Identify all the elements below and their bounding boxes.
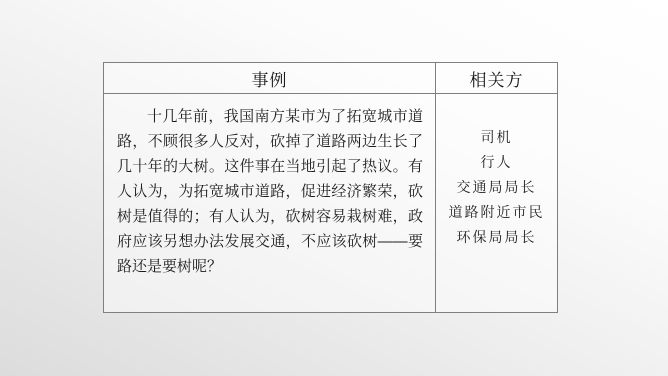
table-header-stakeholders: 相关方 [436, 63, 557, 93]
stakeholder-table: 事例 相关方 十几年前，我国南方某市为了拓宽城市道路，不顾很多人反对，砍掉了道路… [103, 62, 558, 313]
table-header-row: 事例 相关方 [104, 63, 557, 94]
case-text: 十几年前，我国南方某市为了拓宽城市道路，不顾很多人反对，砍掉了道路两边生长了几十… [117, 104, 423, 279]
stakeholder-item: 行人 [481, 151, 513, 176]
stakeholder-item: 司机 [481, 126, 513, 151]
stakeholder-list: 司机 行人 交通局局长 道路附近市民 环保局局长 [436, 94, 557, 312]
slide-background: 事例 相关方 十几年前，我国南方某市为了拓宽城市道路，不顾很多人反对，砍掉了道路… [0, 0, 668, 376]
table-body-row: 十几年前，我国南方某市为了拓宽城市道路，不顾很多人反对，砍掉了道路两边生长了几十… [104, 94, 557, 312]
case-text-cell: 十几年前，我国南方某市为了拓宽城市道路，不顾很多人反对，砍掉了道路两边生长了几十… [104, 94, 436, 312]
stakeholder-item: 交通局局长 [457, 176, 537, 201]
stakeholder-item: 环保局局长 [457, 226, 537, 251]
table-header-case: 事例 [104, 63, 436, 93]
stakeholder-item: 道路附近市民 [449, 201, 545, 226]
